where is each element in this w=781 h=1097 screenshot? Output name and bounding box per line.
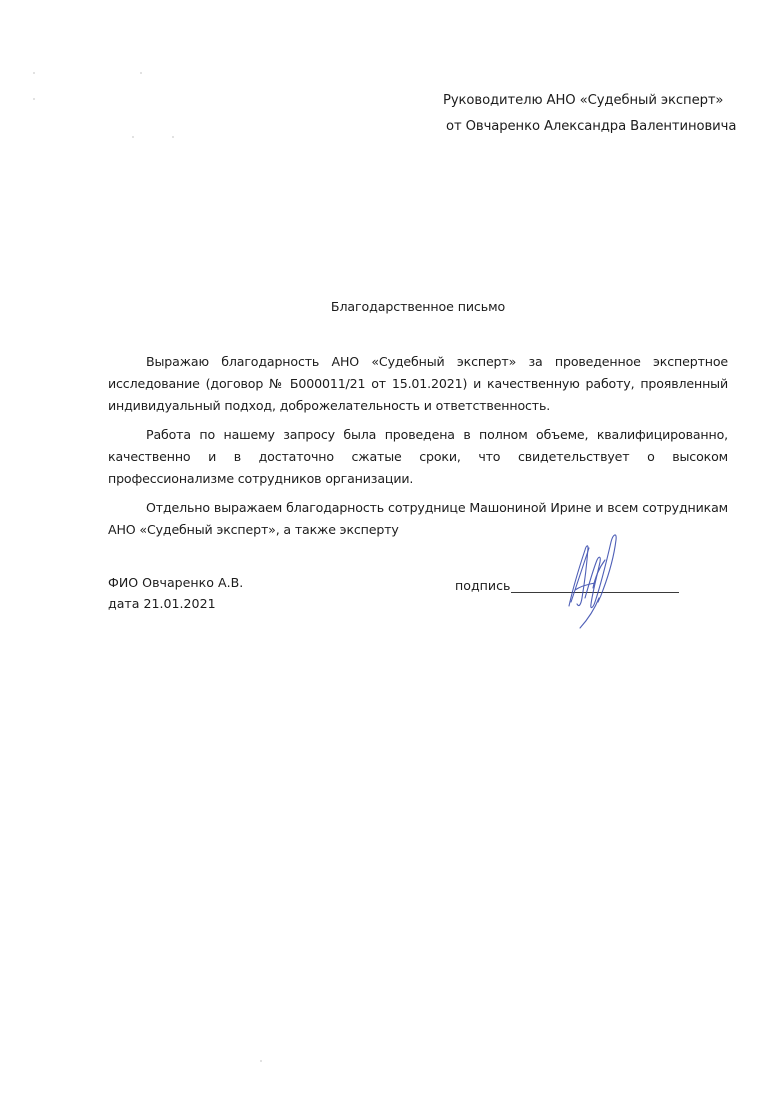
- letter-body: Выражаю благодарность АНО «Судебный эксп…: [108, 351, 728, 548]
- addressee-block: Руководителю АНО «Судебный эксперт» от О…: [443, 88, 736, 140]
- addressee-recipient: Руководителю АНО «Судебный эксперт»: [443, 88, 736, 114]
- scan-artifact: [33, 98, 35, 100]
- paragraph-work-quality: Работа по нашему запросу была проведена …: [108, 424, 728, 490]
- scan-artifact: [132, 136, 134, 138]
- scan-artifact: [33, 72, 35, 74]
- scan-artifact: [140, 72, 142, 74]
- letter-page: Руководителю АНО «Судебный эксперт» от О…: [0, 0, 781, 1097]
- fio-field: ФИО Овчаренко А.В.: [108, 572, 243, 593]
- letter-title: Благодарственное письмо: [0, 299, 781, 314]
- handwritten-signature-icon: [555, 528, 630, 630]
- signature-label: подпись: [455, 578, 510, 593]
- addressee-sender: от Овчаренко Александра Валентиновича: [443, 114, 736, 140]
- scan-artifact: [172, 136, 174, 138]
- scan-artifact: [260, 1060, 262, 1062]
- sign-details: ФИО Овчаренко А.В. дата 21.01.2021: [108, 572, 243, 614]
- date-field: дата 21.01.2021: [108, 593, 243, 614]
- paragraph-staff-thanks: Отдельно выражаем благодарность сотрудни…: [108, 497, 728, 541]
- paragraph-gratitude: Выражаю благодарность АНО «Судебный эксп…: [108, 351, 728, 417]
